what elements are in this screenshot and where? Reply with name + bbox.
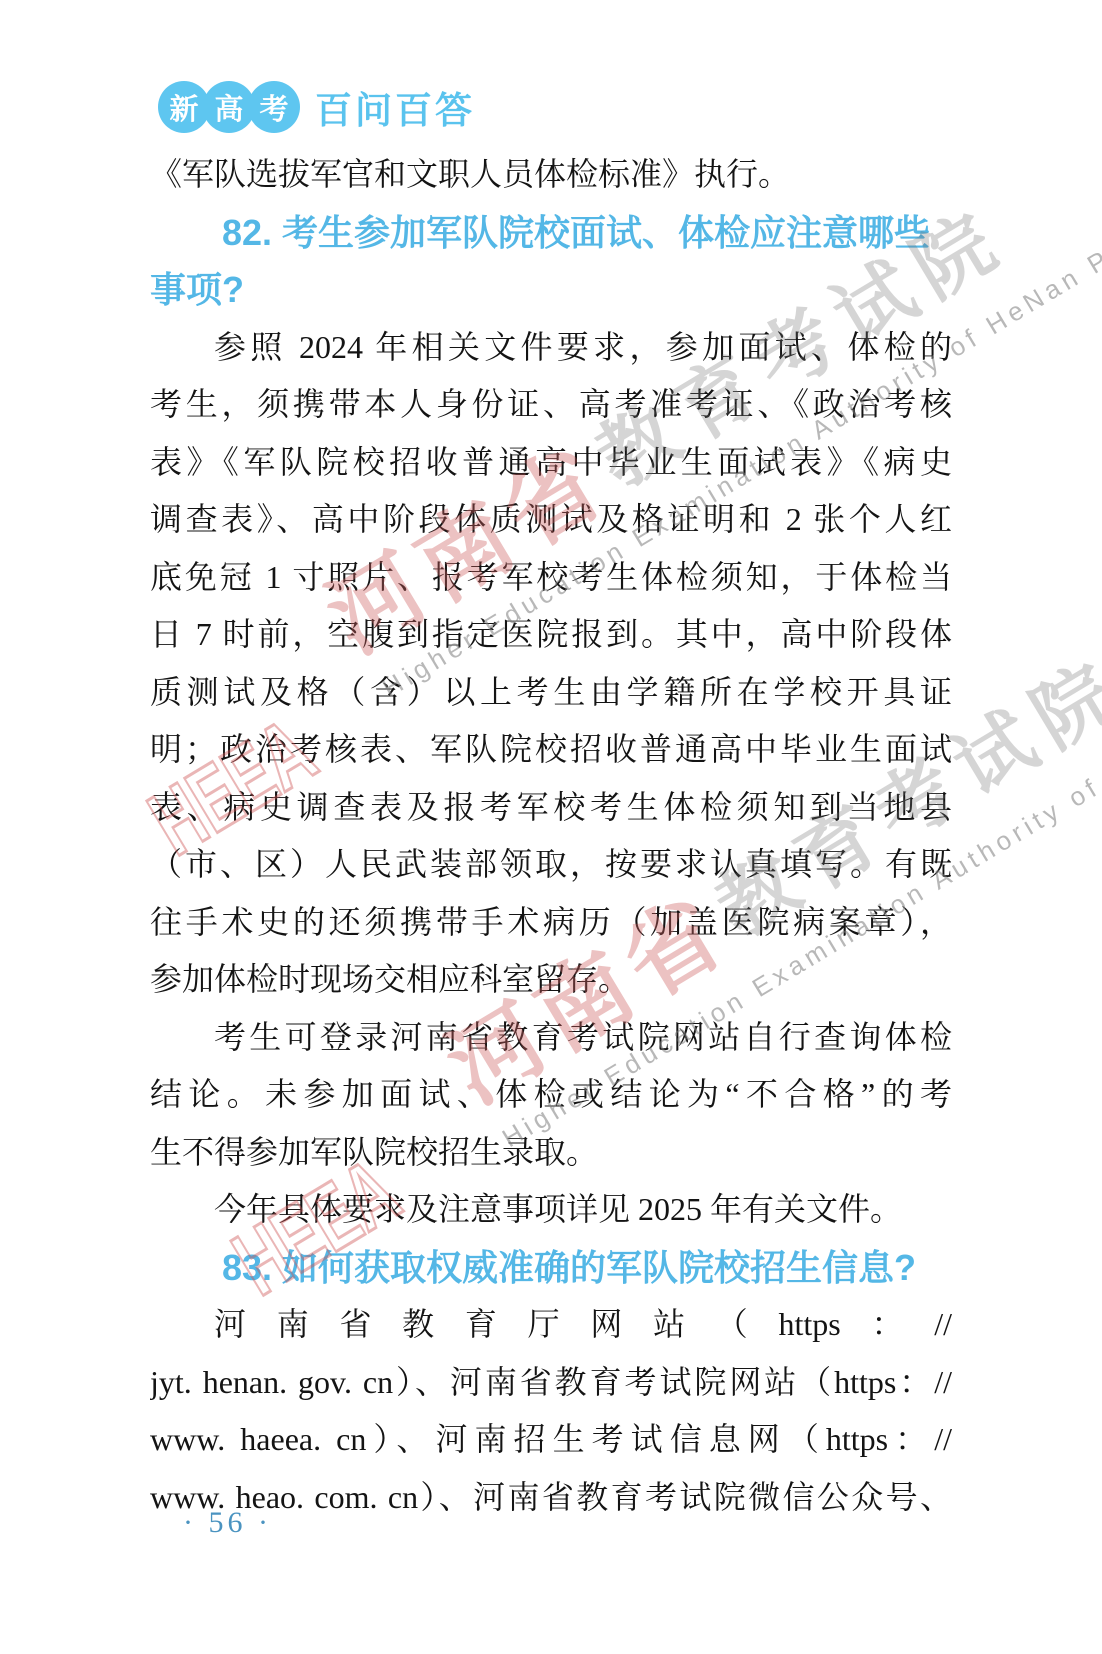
- question-83-heading: 83. 如何获取权威准确的军队院校招生信息?: [150, 1239, 952, 1297]
- page-number: · 56 ·: [183, 1506, 272, 1540]
- text-line-22: jyt. henan. gov. cn）、河南省教育考试院网站（https：//: [150, 1354, 952, 1412]
- text-line-07: 调查表》、高中阶段体质测试及格证明和 2 张个人红: [150, 491, 952, 549]
- text-line-17: 结论。未参加面试、体检或结论为“不合格”的考: [150, 1066, 952, 1124]
- book-page: 新 高 考 百问百答 《军队选拔军官和文职人员体检标准》执行。82. 考生参加军…: [0, 0, 1102, 1654]
- text-line-13: （市、区）人民武装部领取，按要求认真填写。有既: [150, 836, 952, 894]
- brand-circle-kao: 考: [248, 81, 300, 133]
- text-line-18: 生不得参加军队院校招生录取。: [150, 1124, 952, 1182]
- text-line-15: 参加体检时现场交相应科室留存。: [150, 951, 952, 1009]
- text-line-11: 明；政治考核表、军队院校招收普通高中毕业生面试: [150, 721, 952, 779]
- brand-logo-circles: 新 高 考: [158, 81, 293, 133]
- text-line-08: 底免冠 1 寸照片、报考军校考生体检须知，于体检当: [150, 549, 952, 607]
- text-line-10: 质测试及格（含）以上考生由学籍所在学校开具证: [150, 664, 952, 722]
- text-line-09: 日 7 时前，空腹到指定医院报到。其中，高中阶段体: [150, 606, 952, 664]
- text-line-23: www. haeea. cn）、河南招生考试信息网（https：//: [150, 1411, 952, 1469]
- text-line-06: 表》《军队院校招收普通高中毕业生面试表》《病史: [150, 434, 952, 492]
- brand-logo: 新 高 考 百问百答: [158, 80, 475, 134]
- brand-title: 百问百答: [315, 80, 475, 134]
- text-line-16: 考生可登录河南省教育考试院网站自行查询体检: [150, 1009, 952, 1067]
- text-line-21: 河南省教育厅网站（https：//: [150, 1296, 952, 1354]
- question-82-heading-line-1: 82. 考生参加军队院校面试、体检应注意哪些: [150, 204, 952, 262]
- body-text-column: 《军队选拔军官和文职人员体检标准》执行。82. 考生参加军队院校面试、体检应注意…: [150, 146, 952, 1526]
- question-82-heading-line-2: 事项?: [150, 261, 952, 319]
- text-line-19: 今年具体要求及注意事项详见 2025 年有关文件。: [150, 1181, 952, 1239]
- text-line-12: 表、病史调查表及报考军校考生体检须知到当地县: [150, 779, 952, 837]
- text-line-05: 考生，须携带本人身份证、高考准考证、《政治考核: [150, 376, 952, 434]
- text-line-14: 往手术史的还须携带手术病历（加盖医院病案章），: [150, 894, 952, 952]
- text-line-04: 参照 2024 年相关文件要求，参加面试、体检的: [150, 319, 952, 377]
- text-line-01: 《军队选拔军官和文职人员体检标准》执行。: [150, 146, 952, 204]
